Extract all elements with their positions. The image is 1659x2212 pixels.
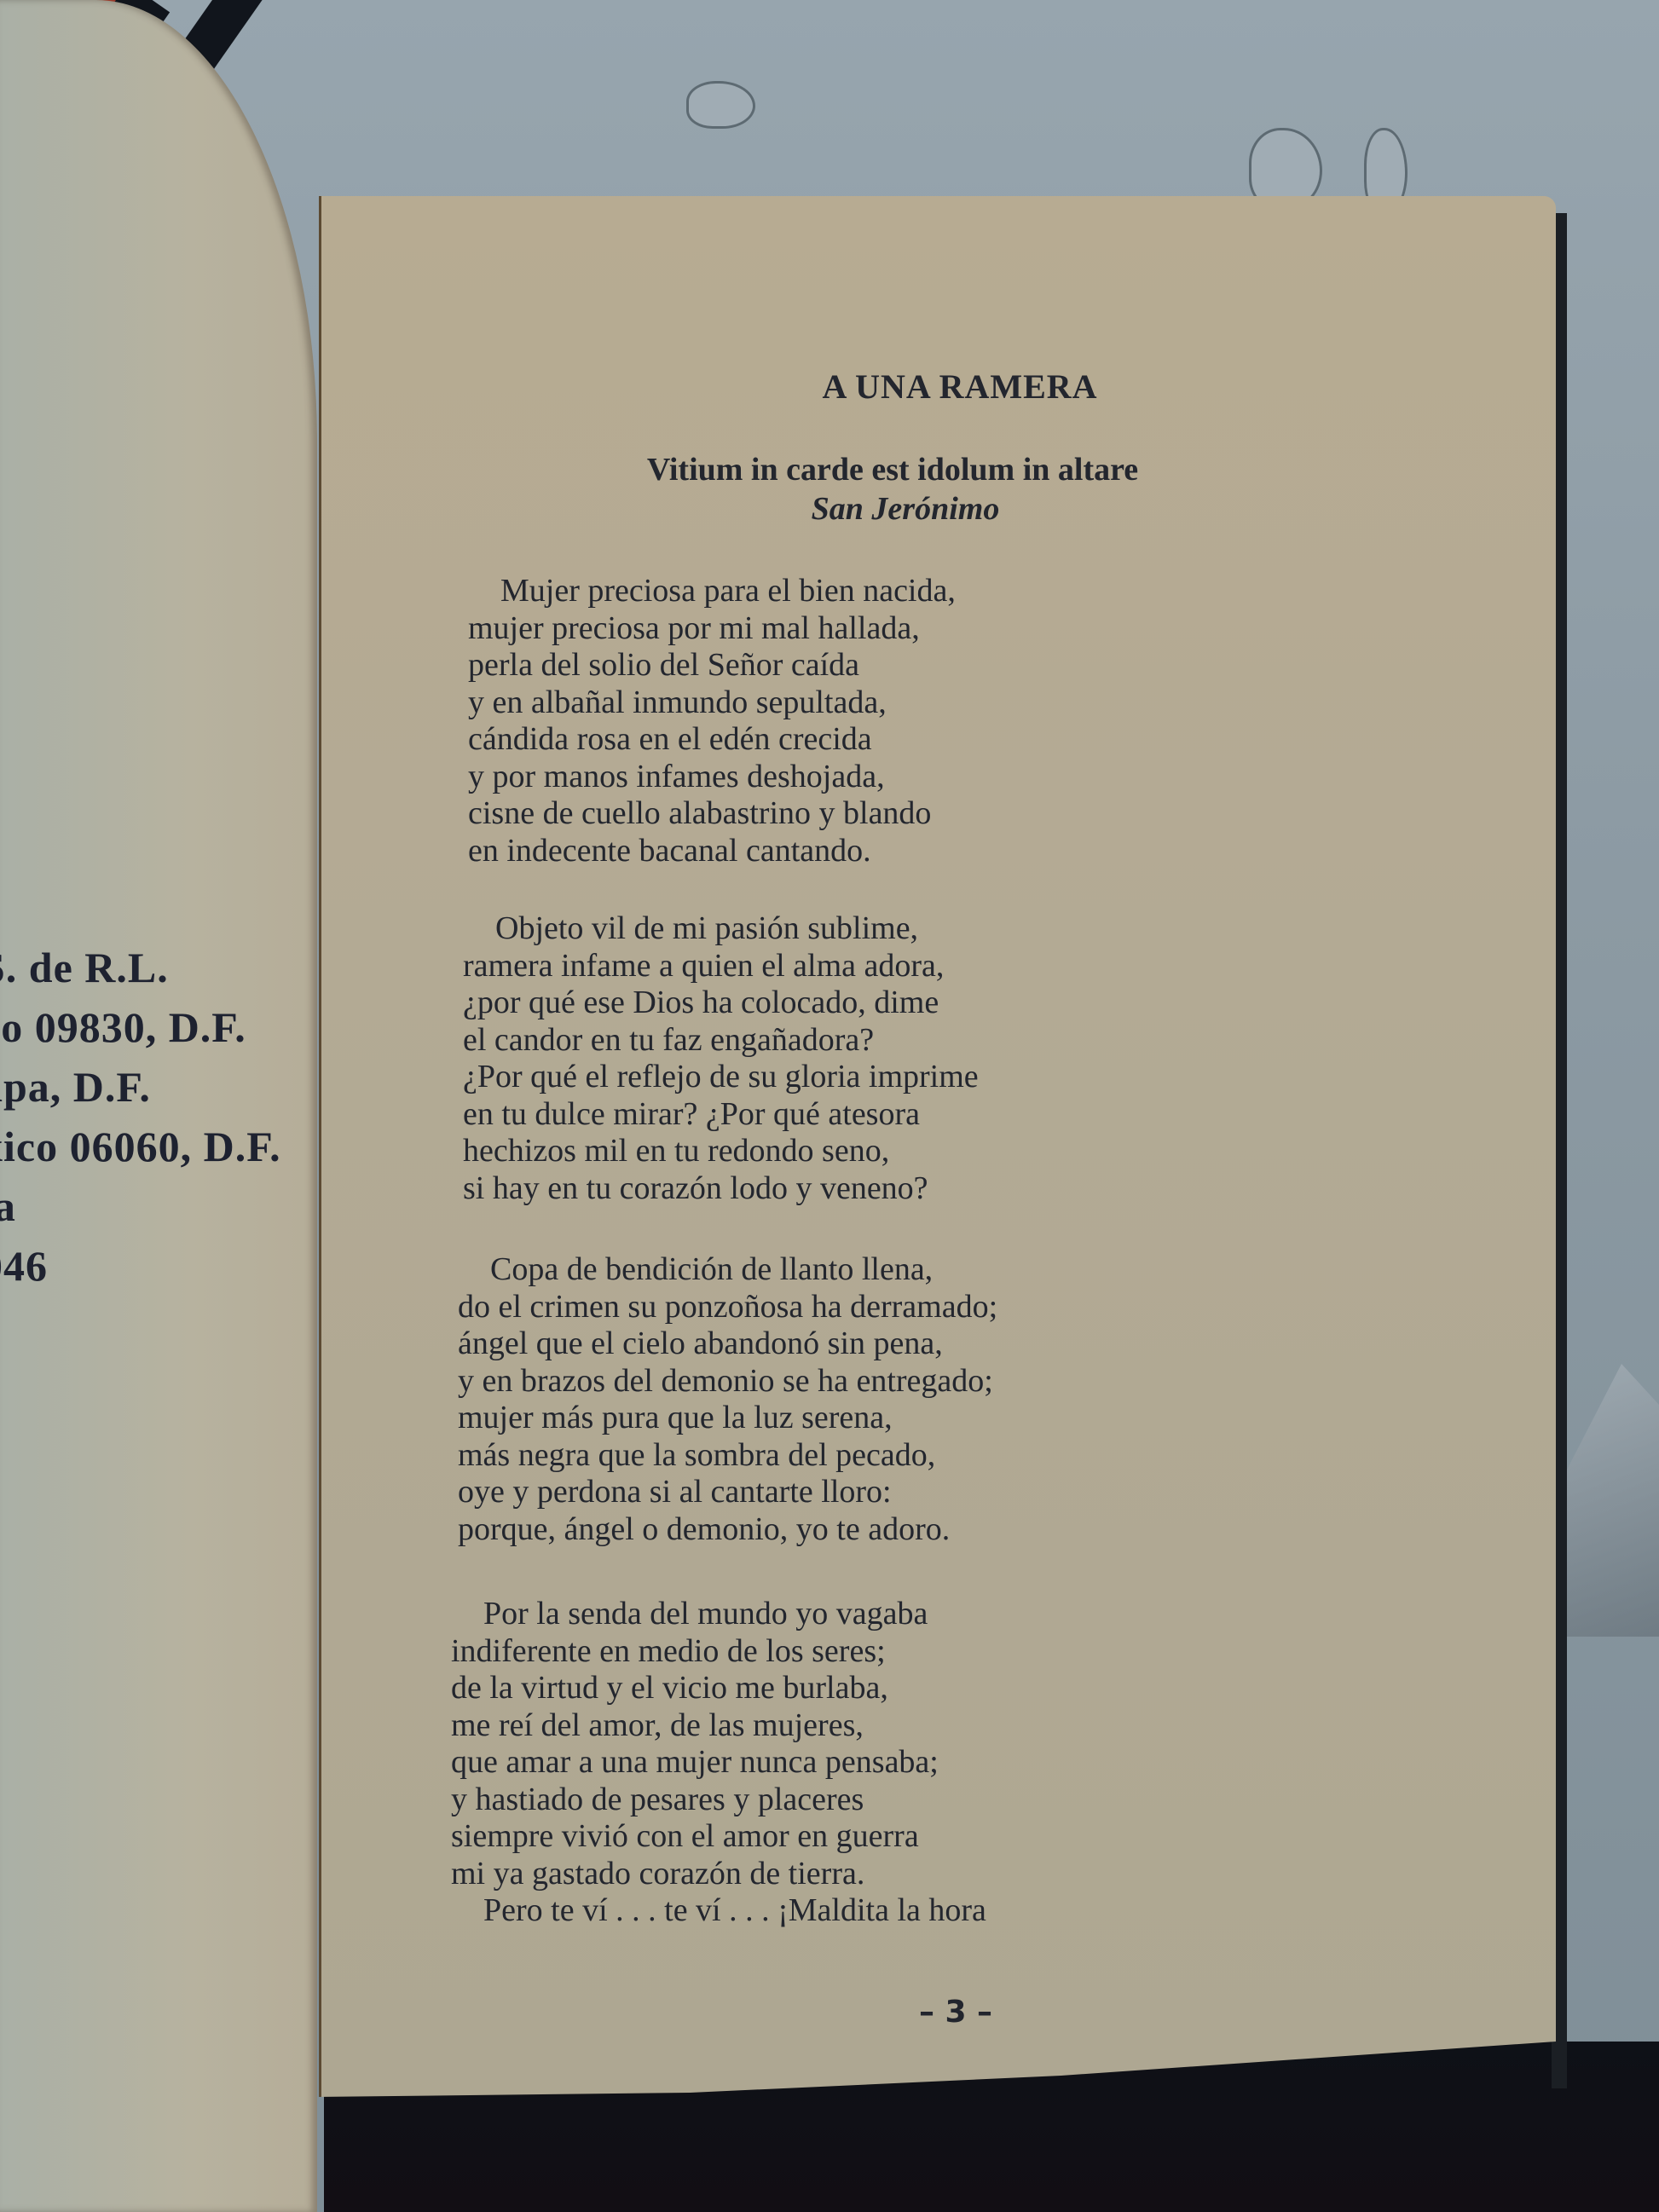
verse-line: el candor en tu faz engañadora? <box>463 1022 979 1060</box>
verse-line: cisne de cuello alabastrino y blando <box>468 795 956 833</box>
verse-line: me reí del amor, de las mujeres, <box>451 1707 986 1745</box>
verse-line: si hay en tu corazón lodo y veneno? <box>463 1170 979 1208</box>
verse-line: de la virtud y el vicio me burlaba, <box>451 1670 986 1707</box>
verse-line: y por manos infames deshojada, <box>468 759 956 796</box>
page-number: – 3 – <box>321 1995 1556 2030</box>
verse-line: perla del solio del Señor caída <box>468 647 956 684</box>
verse-line: y hastiado de pesares y placeres <box>451 1782 986 1819</box>
imprint-line: co 09830, D.F. <box>0 997 281 1057</box>
verse-line: cándida rosa en el edén crecida <box>468 721 956 759</box>
verse-line: y en albañal inmundo sepultada, <box>468 684 956 722</box>
verse-line: hechizos mil en tu redondo seno, <box>463 1133 979 1170</box>
left-page: S. de R.L. co 09830, D.F. apa, D.F. xico… <box>0 0 317 2212</box>
stanza-2: Objeto vil de mi pasión sublime, ramera … <box>463 910 979 1207</box>
verse-line: en indecente bacanal cantando. <box>468 833 956 870</box>
imprint-line: apa, D.F. <box>0 1057 281 1117</box>
verse-line: ángel que el cielo abandonó sin pena, <box>458 1325 997 1363</box>
background-stain <box>686 81 755 129</box>
verse-line: porque, ángel o demonio, yo te adoro. <box>458 1511 997 1549</box>
verse-line: mujer preciosa por mi mal hallada, <box>468 610 956 648</box>
stanza-1: Mujer preciosa para el bien nacida, muje… <box>468 573 956 869</box>
verse-line: en tu dulce mirar? ¿Por qué atesora <box>463 1096 979 1134</box>
verse-line: ¿Por qué el reflejo de su gloria imprime <box>463 1059 979 1096</box>
verse-line: mi ya gastado corazón de tierra. <box>451 1856 986 1893</box>
epigraph-quote: Vitium in carde est idolum in altare <box>647 452 1138 488</box>
epigraph: Vitium in carde est idolum in altare San… <box>577 450 1208 528</box>
verse-line: y en brazos del demonio se ha entregado; <box>458 1363 997 1401</box>
verse-line: que amar a una mujer nunca pensaba; <box>451 1744 986 1782</box>
imprint-line: 046 <box>0 1236 281 1296</box>
verse-line: Mujer preciosa para el bien nacida, <box>468 573 956 610</box>
publisher-imprint: S. de R.L. co 09830, D.F. apa, D.F. xico… <box>0 938 281 1296</box>
verse-line: siempre vivió con el amor en guerra <box>451 1818 986 1856</box>
stanza-4: Por la senda del mundo yo vagaba indifer… <box>451 1596 986 1930</box>
verse-line: do el crimen su ponzoñosa ha derramado; <box>458 1289 997 1326</box>
verse-line: oye y perdona si al cantarte lloro: <box>458 1474 997 1511</box>
verse-line: Copa de bendición de llanto llena, <box>458 1251 997 1289</box>
verse-line: ¿por qué ese Dios ha colocado, dime <box>463 985 979 1022</box>
imprint-line: xico 06060, D.F. <box>0 1117 281 1176</box>
verse-line: Pero te ví . . . te ví . . . ¡Maldita la… <box>451 1892 986 1930</box>
verse-line: ramera infame a quien el alma adora, <box>463 948 979 985</box>
verse-line: mujer más pura que la luz serena, <box>458 1400 997 1437</box>
verse-line: más negra que la sombra del pecado, <box>458 1437 997 1475</box>
imprint-line: la <box>0 1176 281 1236</box>
stanza-3: Copa de bendición de llanto llena, do el… <box>458 1251 997 1548</box>
right-page: A UNA RAMERA Vitium in carde est idolum … <box>319 196 1556 2097</box>
verse-line: indiferente en medio de los seres; <box>451 1633 986 1671</box>
verse-line: Objeto vil de mi pasión sublime, <box>463 910 979 948</box>
verse-line: Por la senda del mundo yo vagaba <box>451 1596 986 1633</box>
poem-title: A UNA RAMERA <box>321 367 1556 407</box>
epigraph-attribution: San Jerónimo <box>577 489 1208 528</box>
imprint-line: S. de R.L. <box>0 938 281 997</box>
